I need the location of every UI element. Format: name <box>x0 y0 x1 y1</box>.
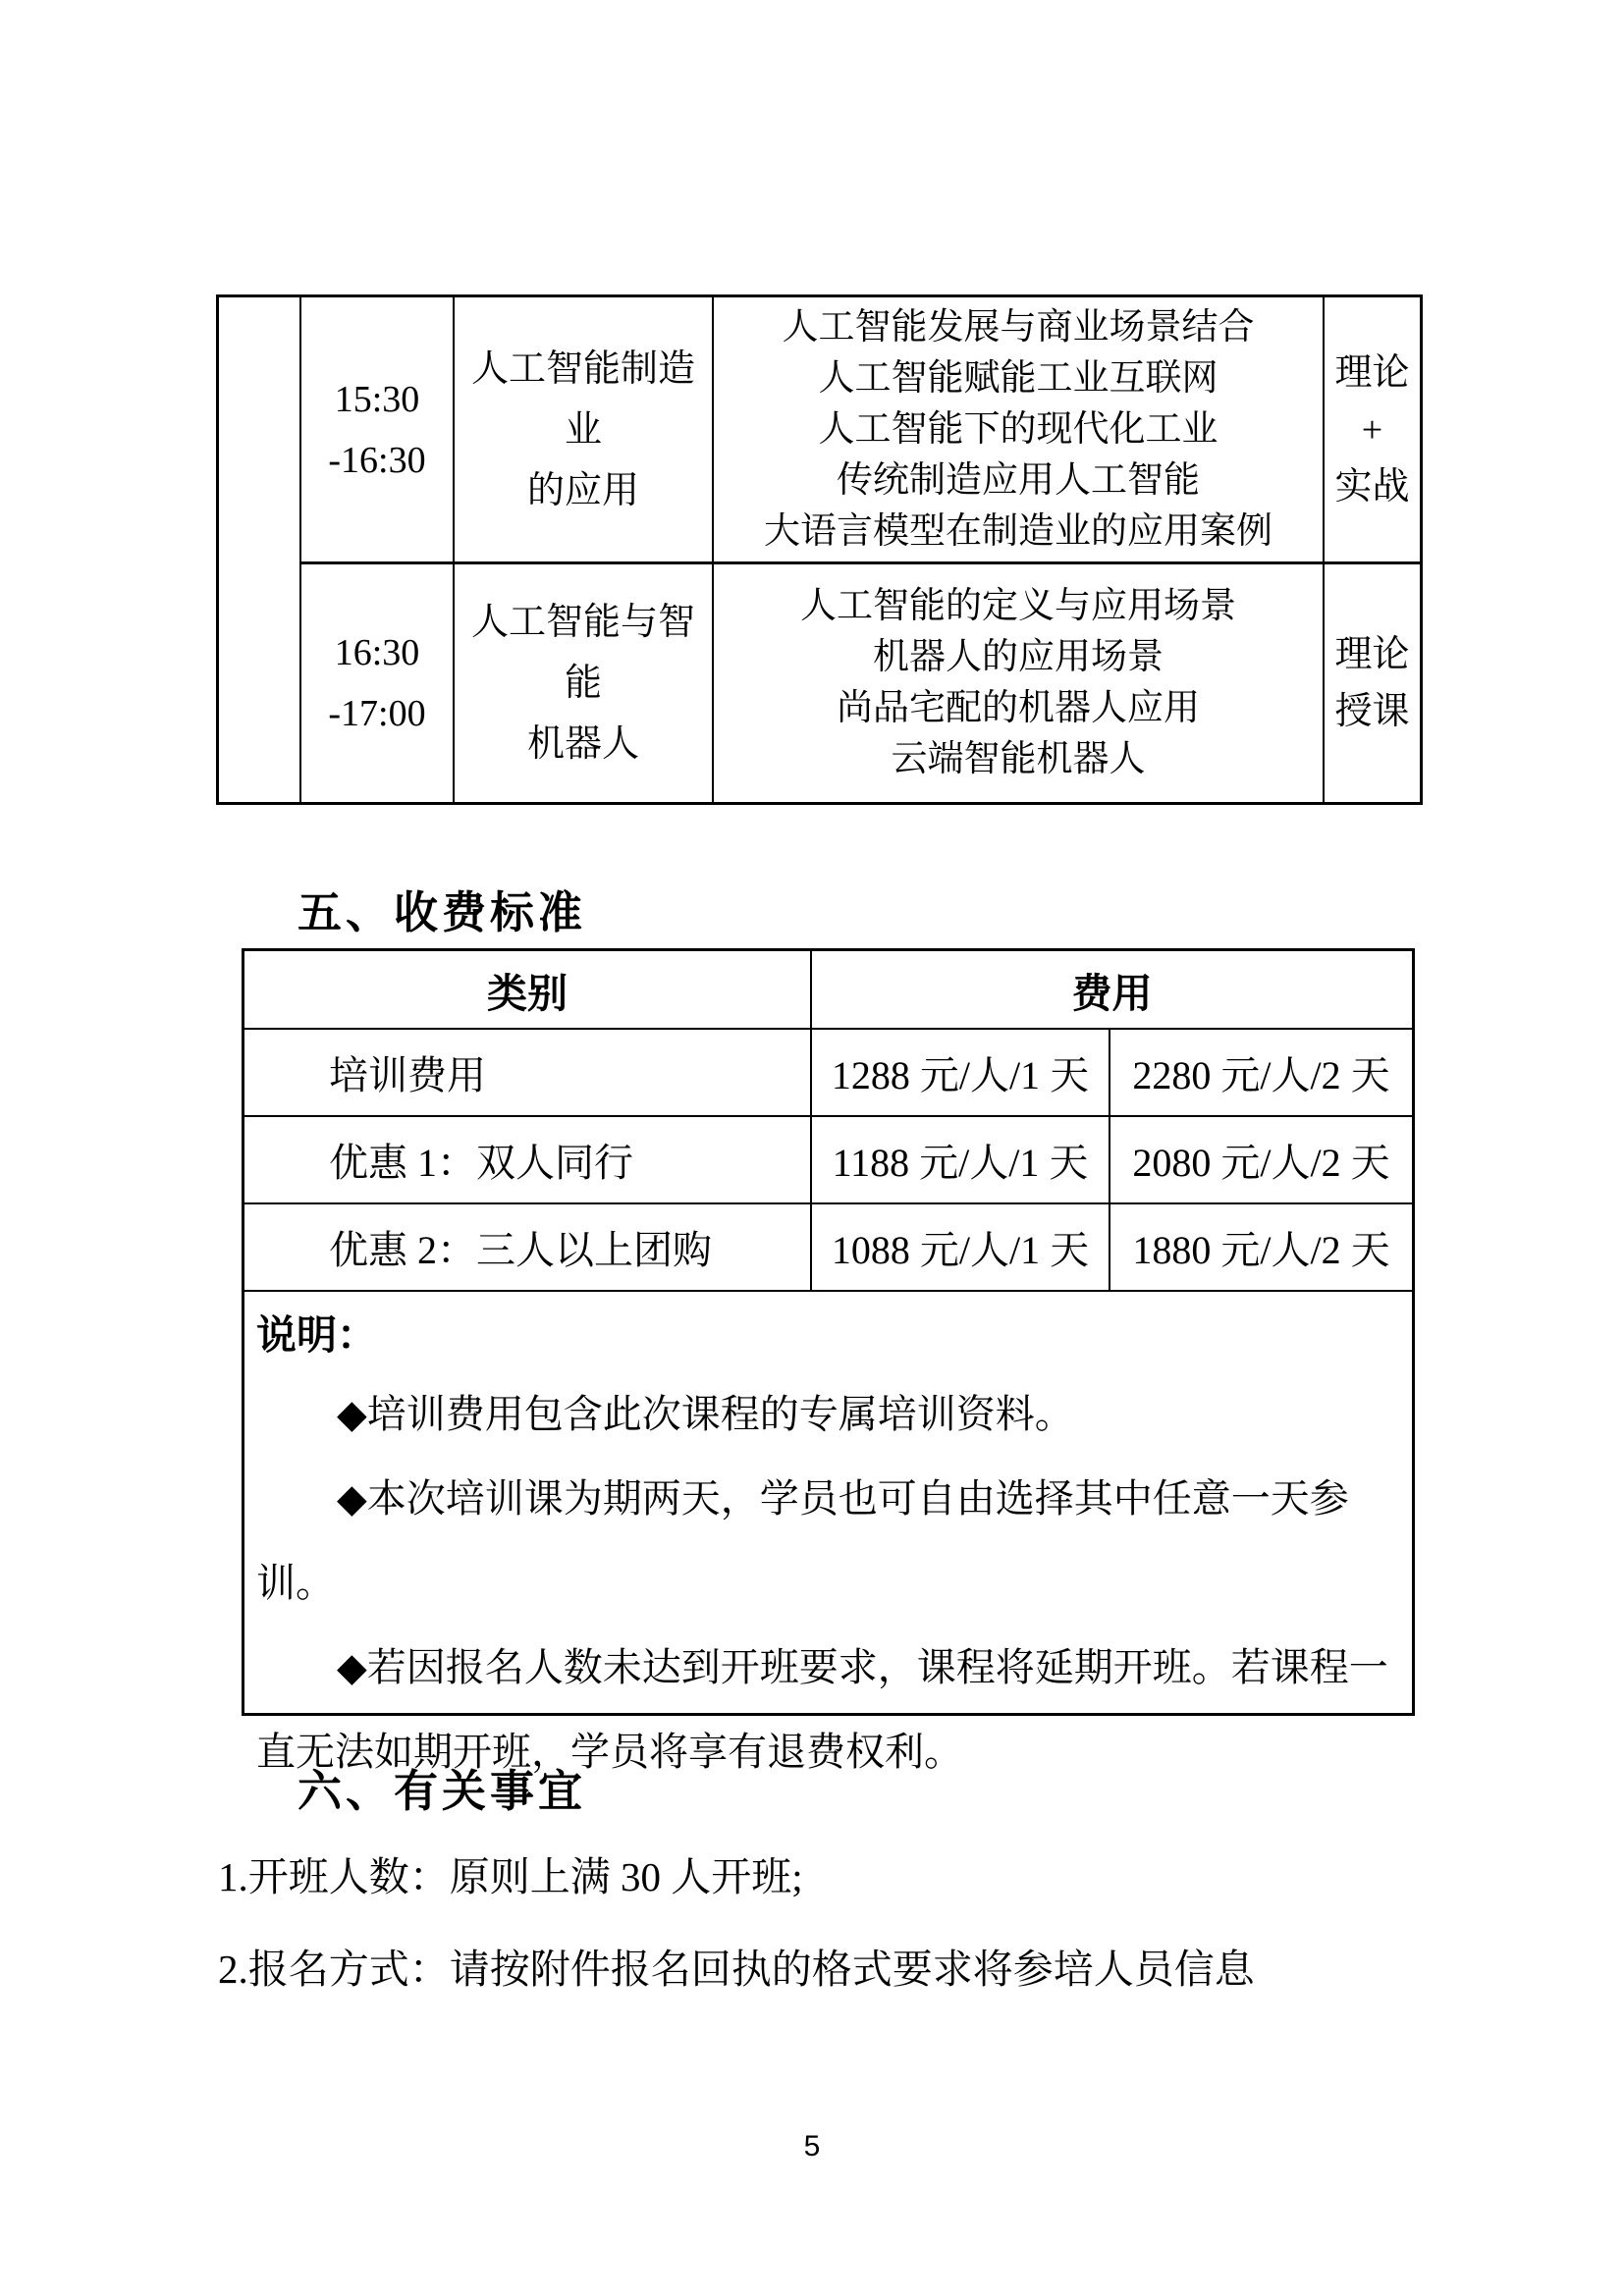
fee-header-fee: 费用 <box>812 951 1412 1028</box>
matters-section-heading: 六、有关事宜 <box>298 1755 586 1819</box>
schedule-row: 16:30 -17:00 人工智能与智能 机器人 人工智能的定义与应用场景 机器… <box>301 564 1420 802</box>
page-number: 5 <box>0 2130 1624 2163</box>
fee-table: 类别 费用 培训费用 1288 元/人/1 天 2280 元/人/2 天 优惠 … <box>242 948 1415 1716</box>
fee-category-cell: 培训费用 <box>244 1030 812 1115</box>
method-cell: 理论 + 实战 <box>1323 297 1420 561</box>
method-line: 理论 <box>1334 345 1409 401</box>
note-item: ◆本次培训课为期两天，学员也可自由选择其中任意一天参训。 <box>256 1457 1398 1626</box>
method-line: 实战 <box>1334 458 1409 515</box>
time-cell: 16:30 -17:00 <box>301 564 453 802</box>
time-line: -16:30 <box>328 430 425 491</box>
notes-label: 说明： <box>256 1298 1398 1372</box>
topic-line: 传统制造应用人工智能 <box>837 455 1200 507</box>
topic-line: 人工智能的定义与应用场景 <box>800 581 1236 632</box>
time-cell: 15:30 -16:30 <box>301 297 453 561</box>
topic-line: 大语言模型在制造业的应用案例 <box>764 507 1272 558</box>
time-line: 16:30 <box>335 622 420 683</box>
fee-category-cell: 优惠 1：双人同行 <box>244 1117 812 1202</box>
course-title-line: 人工智能与智能 <box>455 592 712 714</box>
fee-row: 优惠 2：三人以上团购 1088 元/人/1 天 1880 元/人/2 天 <box>244 1204 1412 1292</box>
method-line: + <box>1362 401 1382 458</box>
fee-notes-cell: 说明： ◆培训费用包含此次课程的专属培训资料。 ◆本次培训课为期两天，学员也可自… <box>244 1292 1412 1713</box>
method-cell: 理论 授课 <box>1323 564 1420 802</box>
schedule-table-body: 15:30 -16:30 人工智能制造业 的应用 人工智能发展与商业场景结合 人… <box>301 297 1420 802</box>
fee-1day-cell: 1188 元/人/1 天 <box>812 1117 1110 1202</box>
schedule-row: 15:30 -16:30 人工智能制造业 的应用 人工智能发展与商业场景结合 人… <box>301 297 1420 564</box>
matter-item-2: 2.报名方式：请按附件报名回执的格式要求将参培人员信息 <box>218 1944 1255 1995</box>
matter-item-1: 1.开班人数：原则上满 30 人开班; <box>218 1851 803 1902</box>
topic-line: 尚品宅配的机器人应用 <box>837 683 1200 734</box>
fee-2day-cell: 2080 元/人/2 天 <box>1110 1117 1412 1202</box>
fee-table-header-row: 类别 费用 <box>244 951 1412 1030</box>
note-item: ◆培训费用包含此次课程的专属培训资料。 <box>256 1372 1398 1457</box>
document-page: 15:30 -16:30 人工智能制造业 的应用 人工智能发展与商业场景结合 人… <box>0 0 1624 2296</box>
topics-cell: 人工智能发展与商业场景结合 人工智能赋能工业互联网 人工智能下的现代化工业 传统… <box>712 297 1323 561</box>
topics-cell: 人工智能的定义与应用场景 机器人的应用场景 尚品宅配的机器人应用 云端智能机器人 <box>712 564 1323 802</box>
course-title-cell: 人工智能与智能 机器人 <box>453 564 712 802</box>
fee-header-category: 类别 <box>244 951 812 1028</box>
schedule-table: 15:30 -16:30 人工智能制造业 的应用 人工智能发展与商业场景结合 人… <box>216 294 1423 805</box>
topic-line: 人工智能发展与商业场景结合 <box>783 302 1255 353</box>
course-title-line: 机器人 <box>527 714 639 774</box>
topic-line: 机器人的应用场景 <box>873 632 1164 683</box>
fees-section-heading: 五、收费标准 <box>298 877 586 940</box>
topic-line: 人工智能赋能工业互联网 <box>819 353 1218 404</box>
topic-line: 人工智能下的现代化工业 <box>819 404 1218 455</box>
schedule-session-cell <box>219 297 301 802</box>
fee-category-cell: 优惠 2：三人以上团购 <box>244 1204 812 1290</box>
topic-line: 云端智能机器人 <box>892 734 1146 785</box>
course-title-cell: 人工智能制造业 的应用 <box>453 297 712 561</box>
fee-2day-cell: 1880 元/人/2 天 <box>1110 1204 1412 1290</box>
method-line: 授课 <box>1334 683 1409 740</box>
fee-1day-cell: 1288 元/人/1 天 <box>812 1030 1110 1115</box>
fee-row: 培训费用 1288 元/人/1 天 2280 元/人/2 天 <box>244 1030 1412 1117</box>
fee-row: 优惠 1：双人同行 1188 元/人/1 天 2080 元/人/2 天 <box>244 1117 1412 1204</box>
course-title-line: 人工智能制造业 <box>455 339 712 460</box>
fee-2day-cell: 2280 元/人/2 天 <box>1110 1030 1412 1115</box>
method-line: 理论 <box>1334 626 1409 683</box>
time-line: -17:00 <box>328 683 425 744</box>
fee-1day-cell: 1088 元/人/1 天 <box>812 1204 1110 1290</box>
course-title-line: 的应用 <box>527 460 639 521</box>
time-line: 15:30 <box>335 369 420 430</box>
